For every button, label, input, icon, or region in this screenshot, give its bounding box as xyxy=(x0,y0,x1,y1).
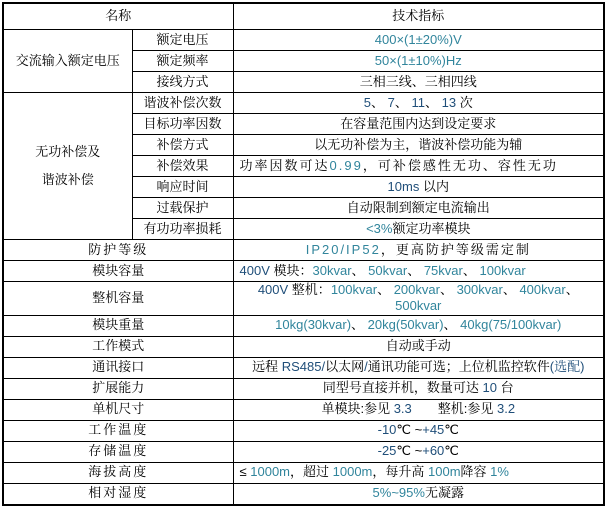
value-segment: 、 xyxy=(377,282,394,297)
value-segment: -10 xyxy=(378,422,397,437)
value-segment: 75kvar xyxy=(424,263,463,278)
value-segment: +60 xyxy=(422,443,444,458)
row-value-cell: 功率因数可达0.99，可补偿感性无功、容性无功 xyxy=(233,156,604,177)
value-segment: ≤ xyxy=(240,464,251,479)
row-value-cell: 同型号直接并机，数量可达 10 台 xyxy=(233,378,604,399)
value-segment: +45 xyxy=(422,422,444,437)
group-label-line: 交流输入额定电压 xyxy=(8,47,128,75)
value-segment: (选配) xyxy=(550,359,585,374)
value-segment: 1000m xyxy=(250,464,290,479)
value-segment: 10 xyxy=(483,380,497,395)
value-segment: 3.3 xyxy=(394,401,412,416)
row-label-cell: 工作温度 xyxy=(3,420,233,441)
value-segment: 11 xyxy=(412,95,426,110)
value-segment: 40kg(75/100kvar) xyxy=(460,317,561,332)
value-segment: 远程 xyxy=(252,359,282,374)
value-segment: 20kg(50kvar) xyxy=(368,317,444,332)
row-label-cell: 扩展能力 xyxy=(3,378,233,399)
value-segment: 3.2 xyxy=(497,401,515,416)
row-value-cell: 10kg(30kvar)、 20kg(50kvar)、 40kg(75/100k… xyxy=(233,315,604,336)
row-value-cell: 自动或手动 xyxy=(233,336,604,357)
row-label-cell: 响应时间 xyxy=(132,177,233,198)
row-value-cell: <3%额定功率模块 xyxy=(233,219,604,240)
row-label-cell: 单机尺寸 xyxy=(3,399,233,420)
row-label-cell: 额定电压 xyxy=(132,30,233,51)
value-segment: 、 xyxy=(444,317,461,332)
value-segment: 同型号直接并机，数量可达 xyxy=(323,380,483,395)
table-row: 工作模式自动或手动 xyxy=(3,336,604,357)
value-segment: 、 xyxy=(352,263,369,278)
value-segment: 400V xyxy=(240,263,270,278)
value-segment: 1000m xyxy=(333,464,373,479)
table-row: 整机容量400V 整机：100kvar、 200kvar、 300kvar、 4… xyxy=(3,282,604,316)
value-segment: RS485/ xyxy=(282,359,325,374)
row-label-cell: 补偿方式 xyxy=(132,135,233,156)
value-segment: 30kvar xyxy=(313,263,352,278)
table-row: 海拔高度≤ 1000m，超过 1000m，每升高 100m降容 1% xyxy=(3,462,604,483)
row-value-cell: 远程 RS485/以太网/通讯功能可选；上位机监控软件(选配) xyxy=(233,357,604,378)
table-row: 无功补偿及谐波补偿谐波补偿次数5、 7、 11、 13 次 xyxy=(3,93,604,114)
value-segment: 300kvar xyxy=(457,282,503,297)
value-segment: 、 xyxy=(407,263,424,278)
table-row: 扩展能力同型号直接并机，数量可达 10 台 xyxy=(3,378,604,399)
value-segment: 13 xyxy=(442,95,456,110)
row-label-cell: 谐波补偿次数 xyxy=(132,93,233,114)
row-label-cell: 工作模式 xyxy=(3,336,233,357)
value-segment: 7 xyxy=(388,95,395,110)
value-segment: 5%~95% xyxy=(373,485,425,500)
row-value-cell: 在容量范围内达到设定要求 xyxy=(233,114,604,135)
value-segment: ℃ xyxy=(444,443,459,458)
value-segment: 、 xyxy=(351,317,368,332)
value-segment: 通讯功能可选；上位机监控软件 xyxy=(368,359,550,374)
row-label-cell: 通讯接口 xyxy=(3,357,233,378)
value-segment: 、 xyxy=(371,95,388,110)
table-row: 通讯接口远程 RS485/以太网/通讯功能可选；上位机监控软件(选配) xyxy=(3,357,604,378)
value-segment: 、 xyxy=(395,95,412,110)
row-label-cell: 模块重量 xyxy=(3,315,233,336)
table-row: 相对湿度5%~95%无凝露 xyxy=(3,483,604,505)
value-segment: 以太网 xyxy=(325,359,364,374)
value-segment: 整机:参见 xyxy=(412,401,497,416)
value-segment: 50kvar xyxy=(368,263,407,278)
row-label-cell: 存储温度 xyxy=(3,441,233,462)
value-segment: 自动限制到额定电流输出 xyxy=(347,200,490,215)
value-segment: 400×(1±20%)V xyxy=(375,32,462,47)
header-spec-cell: 技术指标 xyxy=(233,3,604,30)
group-label-cell: 无功补偿及谐波补偿 xyxy=(3,93,132,240)
group-label-cell: 交流输入额定电压 xyxy=(3,30,132,93)
row-value-cell: ≤ 1000m，超过 1000m，每升高 100m降容 1% xyxy=(233,462,604,483)
value-segment: 100kvar xyxy=(479,263,525,278)
table-row: 单机尺寸单模块:参见 3.3 整机:参见 3.2 xyxy=(3,399,604,420)
value-segment: 以内 xyxy=(419,179,449,194)
value-segment: 100kvar xyxy=(331,282,377,297)
value-segment: ℃ ~ xyxy=(396,422,422,437)
row-label-cell: 防护等级 xyxy=(3,240,233,261)
group-label-line: 无功补偿及 xyxy=(8,138,128,166)
value-segment: ，更高防护等级需定制 xyxy=(381,242,531,257)
row-value-cell: 单模块:参见 3.3 整机:参见 3.2 xyxy=(233,399,604,420)
value-segment: ，每升高 xyxy=(372,464,428,479)
group-label-line: 谐波补偿 xyxy=(8,166,128,194)
header-name-cell: 名称 xyxy=(3,3,233,30)
row-label-cell: 相对湿度 xyxy=(3,483,233,505)
spec-table-body: 交流输入额定电压额定电压400×(1±20%)V额定频率50×(1±10%)Hz… xyxy=(3,30,604,505)
table-row: 交流输入额定电压额定电压400×(1±20%)V xyxy=(3,30,604,51)
row-value-cell: IP20/IP52，更高防护等级需定制 xyxy=(233,240,604,261)
value-segment: 单模块:参见 xyxy=(321,401,393,416)
row-label-cell: 额定频率 xyxy=(132,51,233,72)
value-segment: 功率因数可达 xyxy=(240,158,330,173)
value-segment: 400V xyxy=(258,282,288,297)
table-row: 模块重量10kg(30kvar)、 20kg(50kvar)、 40kg(75/… xyxy=(3,315,604,336)
value-segment: ，超过 xyxy=(290,464,333,479)
value-segment: 、 xyxy=(503,282,520,297)
value-segment: 100m xyxy=(428,464,461,479)
value-segment: 在容量范围内达到设定要求 xyxy=(340,116,496,131)
row-value-cell: 400V 整机：100kvar、 200kvar、 300kvar、 400kv… xyxy=(233,282,604,316)
spec-table: 名称 技术指标 交流输入额定电压额定电压400×(1±20%)V额定频率50×(… xyxy=(2,2,605,506)
value-segment: 自动或手动 xyxy=(386,338,451,353)
row-value-cell: 三相三线、三相四线 xyxy=(233,72,604,93)
value-segment: 模块： xyxy=(270,263,313,278)
row-label-cell: 模块容量 xyxy=(3,261,233,282)
value-segment: 、 xyxy=(440,282,457,297)
value-segment: 、 xyxy=(425,95,442,110)
value-segment: 无凝露 xyxy=(425,485,464,500)
value-segment: 整机： xyxy=(288,282,331,297)
value-segment: IP20/IP52 xyxy=(306,242,381,257)
row-value-cell: -10℃ ~+45℃ xyxy=(233,420,604,441)
value-segment: 1% xyxy=(490,464,509,479)
value-segment: 500kvar xyxy=(395,298,441,313)
value-segment: 50×(1±10%)Hz xyxy=(375,53,462,68)
value-segment: 次 xyxy=(456,95,473,110)
table-row: 防护等级IP20/IP52，更高防护等级需定制 xyxy=(3,240,604,261)
row-label-cell: 补偿效果 xyxy=(132,156,233,177)
row-value-cell: 5%~95%无凝露 xyxy=(233,483,604,505)
value-segment: ，可补偿感性无功、容性无功 xyxy=(363,158,558,173)
value-segment: 10kg(30kvar) xyxy=(275,317,351,332)
value-segment: 400kvar xyxy=(519,282,565,297)
row-value-cell: 400×(1±20%)V xyxy=(233,30,604,51)
value-segment: 200kvar xyxy=(394,282,440,297)
table-header-row: 名称 技术指标 xyxy=(3,3,604,30)
table-row: 工作温度-10℃ ~+45℃ xyxy=(3,420,604,441)
value-segment: <3% xyxy=(366,221,392,236)
row-value-cell: 自动限制到额定电流输出 xyxy=(233,198,604,219)
value-segment: 降容 xyxy=(461,464,491,479)
row-value-cell: 50×(1±10%)Hz xyxy=(233,51,604,72)
row-value-cell: 400V 模块：30kvar、 50kvar、 75kvar、 100kvar xyxy=(233,261,604,282)
row-label-cell: 海拔高度 xyxy=(3,462,233,483)
row-value-cell: -25℃ ~+60℃ xyxy=(233,441,604,462)
value-segment: 三相三线、三相四线 xyxy=(360,74,477,89)
value-segment: -25 xyxy=(378,443,397,458)
row-label-cell: 整机容量 xyxy=(3,282,233,316)
value-segment: 5 xyxy=(364,95,371,110)
value-segment: 额定功率模块 xyxy=(392,221,470,236)
table-row: 存储温度-25℃ ~+60℃ xyxy=(3,441,604,462)
row-label-cell: 接线方式 xyxy=(132,72,233,93)
row-value-cell: 以无功补偿为主，谐波补偿功能为辅 xyxy=(233,135,604,156)
value-segment: ℃ xyxy=(444,422,459,437)
value-segment: 0.99 xyxy=(330,158,363,173)
value-segment: 、 xyxy=(566,282,583,297)
value-segment: 10ms xyxy=(388,179,420,194)
value-segment: 台 xyxy=(497,380,514,395)
row-label-cell: 目标功率因数 xyxy=(132,114,233,135)
value-segment: ℃ ~ xyxy=(396,443,422,458)
value-segment: 、 xyxy=(463,263,480,278)
row-value-cell: 10ms 以内 xyxy=(233,177,604,198)
row-value-cell: 5、 7、 11、 13 次 xyxy=(233,93,604,114)
row-label-cell: 过载保护 xyxy=(132,198,233,219)
row-label-cell: 有功功率损耗 xyxy=(132,219,233,240)
table-row: 模块容量400V 模块：30kvar、 50kvar、 75kvar、 100k… xyxy=(3,261,604,282)
value-segment: 以无功补偿为主，谐波补偿功能为辅 xyxy=(314,137,522,152)
